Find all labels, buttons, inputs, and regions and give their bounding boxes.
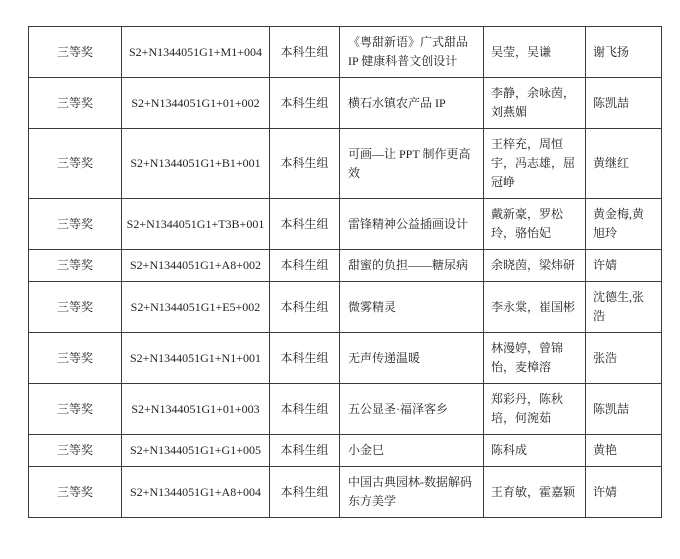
cell-award: 三等奖 (29, 435, 122, 467)
table-row: 三等奖S2+N1344051G1+M1+004本科生组《粤甜新语》广式甜品 IP… (29, 27, 662, 78)
cell-advisor: 陈凯喆 (586, 78, 662, 129)
cell-advisor: 张浩 (586, 333, 662, 384)
table-row: 三等奖S2+N1344051G1+G1+005本科生组小金巳陈科成黄艳 (29, 435, 662, 467)
table-row: 三等奖S2+N1344051G1+01+002本科生组横石水镇农产品 IP李静，… (29, 78, 662, 129)
cell-members: 吴莹，吴谦 (484, 27, 586, 78)
cell-group: 本科生组 (270, 282, 340, 333)
cell-code: S2+N1344051G1+T3B+001 (122, 199, 270, 250)
cell-award: 三等奖 (29, 250, 122, 282)
cell-members: 李静，余咏茵，刘燕媚 (484, 78, 586, 129)
cell-code: S2+N1344051G1+A8+004 (122, 467, 270, 518)
cell-advisor: 许婧 (586, 250, 662, 282)
cell-title: 甜蜜的负担——糖尿病 (340, 250, 484, 282)
cell-award: 三等奖 (29, 333, 122, 384)
cell-group: 本科生组 (270, 467, 340, 518)
cell-group: 本科生组 (270, 129, 340, 199)
cell-title: 横石水镇农产品 IP (340, 78, 484, 129)
cell-advisor: 沈德生,张浩 (586, 282, 662, 333)
cell-advisor: 黄金梅,黄旭玲 (586, 199, 662, 250)
cell-code: S2+N1344051G1+01+002 (122, 78, 270, 129)
cell-title: 无声传递温暖 (340, 333, 484, 384)
cell-code: S2+N1344051G1+N1+001 (122, 333, 270, 384)
cell-title: 中国古典园林-数据解码东方美学 (340, 467, 484, 518)
cell-code: S2+N1344051G1+E5+002 (122, 282, 270, 333)
table-row: 三等奖S2+N1344051G1+B1+001本科生组可画—让 PPT 制作更高… (29, 129, 662, 199)
cell-group: 本科生组 (270, 199, 340, 250)
cell-title: 雷锋精神公益插画设计 (340, 199, 484, 250)
cell-group: 本科生组 (270, 250, 340, 282)
cell-award: 三等奖 (29, 282, 122, 333)
cell-members: 李永棠，崔国彬 (484, 282, 586, 333)
cell-code: S2+N1344051G1+B1+001 (122, 129, 270, 199)
award-table: 三等奖S2+N1344051G1+M1+004本科生组《粤甜新语》广式甜品 IP… (28, 26, 662, 518)
cell-title: 《粤甜新语》广式甜品 IP 健康科普文创设计 (340, 27, 484, 78)
cell-group: 本科生组 (270, 435, 340, 467)
cell-code: S2+N1344051G1+M1+004 (122, 27, 270, 78)
cell-advisor: 黄继红 (586, 129, 662, 199)
table-row: 三等奖S2+N1344051G1+T3B+001本科生组雷锋精神公益插画设计戴新… (29, 199, 662, 250)
cell-members: 郑彩丹，陈秋培，何涴茹 (484, 384, 586, 435)
cell-award: 三等奖 (29, 384, 122, 435)
cell-group: 本科生组 (270, 384, 340, 435)
table-row: 三等奖S2+N1344051G1+A8+002本科生组甜蜜的负担——糖尿病余晓茵… (29, 250, 662, 282)
cell-code: S2+N1344051G1+A8+002 (122, 250, 270, 282)
cell-award: 三等奖 (29, 467, 122, 518)
cell-members: 戴新豪，罗松玲，骆怡妃 (484, 199, 586, 250)
cell-award: 三等奖 (29, 129, 122, 199)
award-table-body: 三等奖S2+N1344051G1+M1+004本科生组《粤甜新语》广式甜品 IP… (29, 27, 662, 518)
cell-members: 林漫婷，曾锦怡，麦樟溶 (484, 333, 586, 384)
cell-award: 三等奖 (29, 199, 122, 250)
cell-title: 小金巳 (340, 435, 484, 467)
cell-advisor: 谢飞扬 (586, 27, 662, 78)
cell-title: 可画—让 PPT 制作更高效 (340, 129, 484, 199)
table-row: 三等奖S2+N1344051G1+A8+004本科生组中国古典园林-数据解码东方… (29, 467, 662, 518)
document-page: 三等奖S2+N1344051G1+M1+004本科生组《粤甜新语》广式甜品 IP… (0, 0, 680, 559)
cell-group: 本科生组 (270, 333, 340, 384)
cell-code: S2+N1344051G1+01+003 (122, 384, 270, 435)
cell-members: 陈科成 (484, 435, 586, 467)
table-row: 三等奖S2+N1344051G1+E5+002本科生组微雾精灵李永棠，崔国彬沈德… (29, 282, 662, 333)
cell-group: 本科生组 (270, 78, 340, 129)
cell-members: 余晓茵，梁炜研 (484, 250, 586, 282)
table-row: 三等奖S2+N1344051G1+N1+001本科生组无声传递温暖林漫婷，曾锦怡… (29, 333, 662, 384)
cell-members: 王育敏，霍嘉颖 (484, 467, 586, 518)
cell-award: 三等奖 (29, 27, 122, 78)
cell-title: 微雾精灵 (340, 282, 484, 333)
cell-members: 王梓充，周恒宇，冯志雄，屈冠峥 (484, 129, 586, 199)
cell-advisor: 黄艳 (586, 435, 662, 467)
cell-title: 五公显圣·福泽客乡 (340, 384, 484, 435)
cell-award: 三等奖 (29, 78, 122, 129)
cell-code: S2+N1344051G1+G1+005 (122, 435, 270, 467)
cell-advisor: 许婧 (586, 467, 662, 518)
cell-group: 本科生组 (270, 27, 340, 78)
cell-advisor: 陈凯喆 (586, 384, 662, 435)
table-row: 三等奖S2+N1344051G1+01+003本科生组五公显圣·福泽客乡郑彩丹，… (29, 384, 662, 435)
